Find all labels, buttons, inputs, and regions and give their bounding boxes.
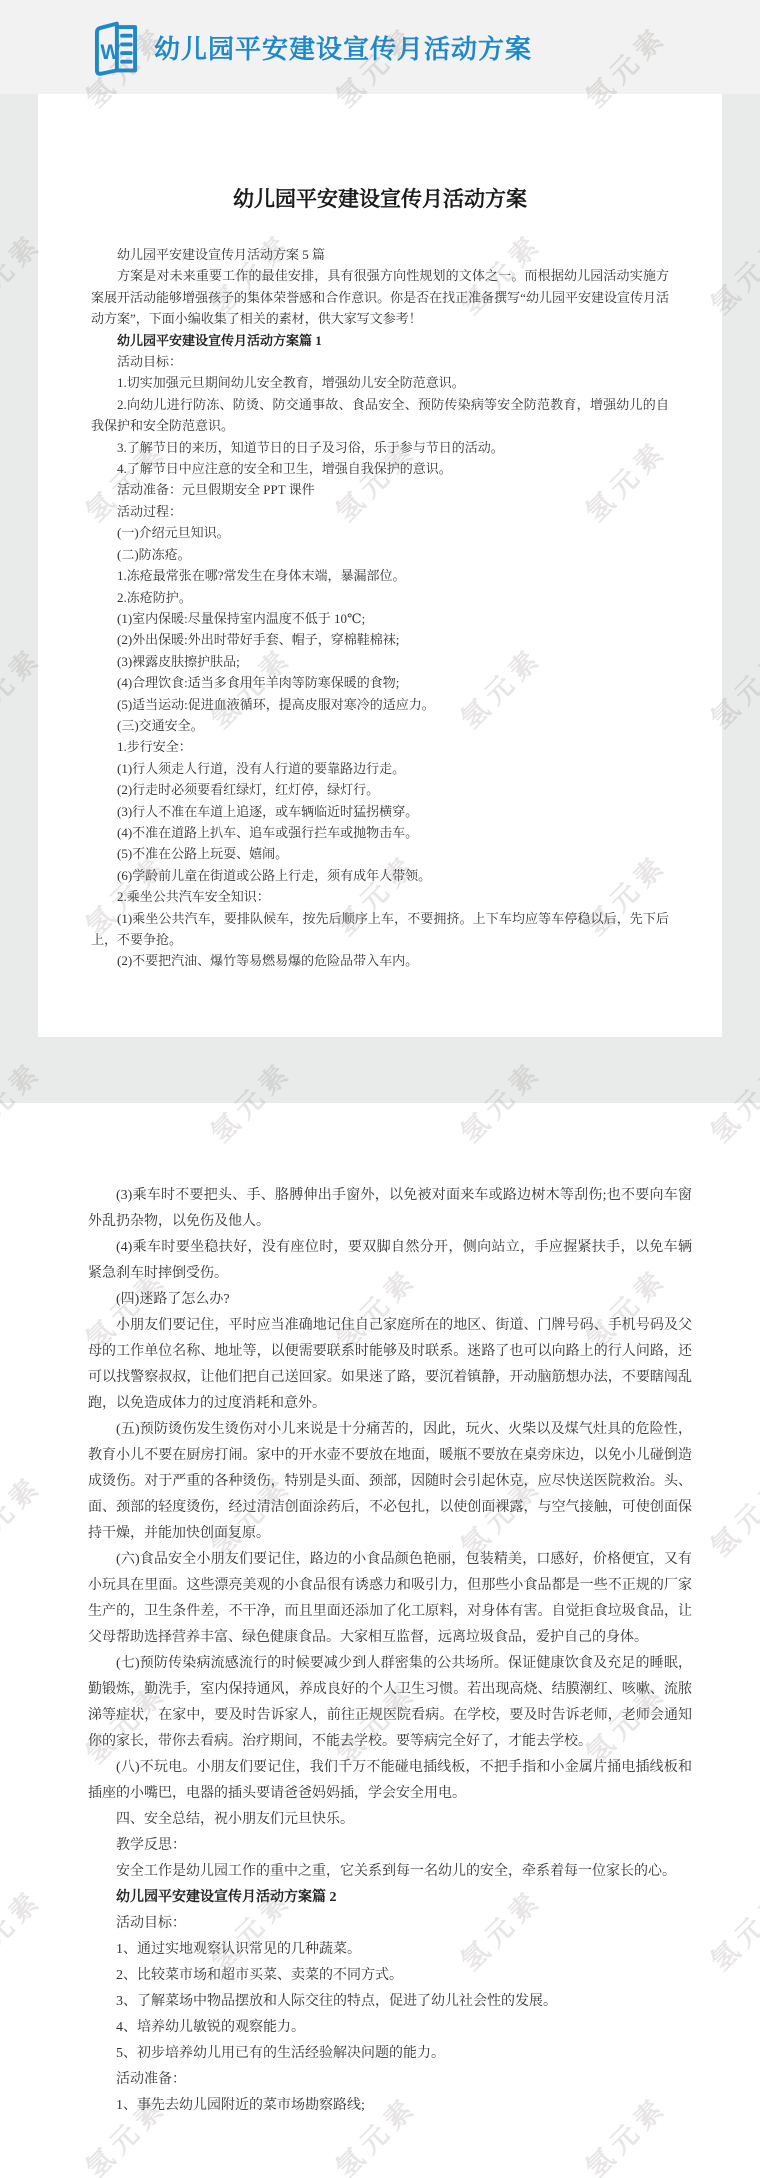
paragraph: 3、了解菜场中物品摆放和人际交往的特点，促进了幼儿社会性的发展。 [88,1989,692,2015]
paragraph: 2.乘坐公共汽车安全知识： [91,886,669,907]
paragraph: (3)行人不准在车道上追逐，或车辆临近时猛拐横穿。 [91,801,669,822]
paragraph: 4、培养幼儿敏锐的观察能力。 [88,2015,692,2041]
paragraph: 1、通过实地观察认识常见的几种蔬菜。 [88,1937,692,1963]
paragraph: (4)合理饮食:适当多食用年羊肉等防寒保暖的食物; [91,672,669,693]
document-page-1: 幼儿园平安建设宣传月活动方案 幼儿园平安建设宣传月活动方案 5 篇方案是对未来重… [38,94,722,1037]
paragraph: 活动目标： [88,1911,692,1937]
paragraph: (2)外出保暖:外出时带好手套、帽子，穿棉鞋棉袜; [91,629,669,650]
paragraph: 2、比较菜市场和超市买菜、卖菜的不同方式。 [88,1963,692,1989]
paragraph: (1)室内保暖:尽量保持室内温度不低于 10℃; [91,608,669,629]
paragraph: 活动过程： [91,501,669,522]
paragraph: (6)学龄前儿童在街道或公路上行走，须有成年人带领。 [91,865,669,886]
paragraph: 2.向幼儿进行防冻、防烫、防交通事故、食品安全、预防传染病等安全防范教育，增强幼… [91,394,669,437]
paragraph: 4.了解节日中应注意的安全和卫生，增强自我保护的意识。 [91,458,669,479]
paragraph: 1.步行安全： [91,736,669,757]
paragraph: (二)防冻疮。 [91,544,669,565]
site-title[interactable]: 幼儿园平安建设宣传月活动方案 [154,29,532,66]
paragraph: 3.了解节日的来历，知道节日的日子及习俗，乐于参与节日的活动。 [91,437,669,458]
paragraph: 四、安全总结，祝小朋友们元旦快乐。 [88,1807,692,1833]
document-body-page-2: (3)乘车时不要把头、手、胳膊伸出手窗外，以免被对面来车或路边树木等刮伤;也不要… [88,1183,692,2119]
screenshot-root: W 幼儿园平安建设宣传月活动方案 幼儿园平安建设宣传月活动方案 幼儿园平安建设宣… [0,0,760,2178]
paragraph: 活动准备： [88,2067,692,2093]
section-heading: 幼儿园平安建设宣传月活动方案篇 2 [88,1885,692,1911]
paragraph: 1.冻疮最常张在哪?常发生在身体末端，暴漏部位。 [91,565,669,586]
paragraph: 活动准备：元旦假期安全 PPT 课件 [91,479,669,500]
paragraph: 教学反思： [88,1833,692,1859]
paragraph: (3)乘车时不要把头、手、胳膊伸出手窗外，以免被对面来车或路边树木等刮伤;也不要… [88,1183,692,1235]
paragraph: (五)预防烫伤发生烫伤对小儿来说是十分痛苦的，因此，玩火、火柴以及煤气灶具的危险… [88,1417,692,1547]
paragraph: (七)预防传染病流感流行的时候要减少到人群密集的公共场所。保证健康饮食及充足的睡… [88,1651,692,1755]
paragraph: (4)不准在道路上扒车、追车或强行拦车或抛物击车。 [91,822,669,843]
paragraph: (2)行走时必须要看红绿灯，红灯停，绿灯行。 [91,779,669,800]
site-header: W 幼儿园平安建设宣传月活动方案 [0,0,760,94]
paragraph: 幼儿园平安建设宣传月活动方案 5 篇 [91,244,669,265]
paragraph: (1)乘坐公共汽车，要排队候车，按先后顺序上车，不要拥挤。上下车均应等车停稳以后… [91,908,669,951]
svg-text:W: W [100,41,120,64]
paragraph: 1.切实加强元旦期间幼儿安全教育，增强幼儿安全防范意识。 [91,372,669,393]
paragraph: (八)不玩电。小朋友们要记住，我们千万不能碰电插线板，不把手指和小金属片捅电插线… [88,1755,692,1807]
paragraph: 2.冻疮防护。 [91,587,669,608]
document-title: 幼儿园平安建设宣传月活动方案 [91,94,669,214]
paragraph: (四)迷路了怎么办? [88,1287,692,1313]
paragraph: (4)乘车时要坐稳扶好，没有座位时，要双脚自然分开，侧向站立，手应握紧扶手，以免… [88,1235,692,1287]
paragraph: (一)介绍元旦知识。 [91,522,669,543]
paragraph: (三)交通安全。 [91,715,669,736]
paragraph: 1、事先去幼儿园附近的菜市场勘察路线; [88,2093,692,2119]
document-body-page-1: 幼儿园平安建设宣传月活动方案 5 篇方案是对未来重要工作的最佳安排，具有很强方向… [91,244,669,972]
paragraph: 活动目标： [91,351,669,372]
paragraph: 小朋友们要记住，平时应当准确地记住自己家庭所在的地区、街道、门牌号码、手机号码及… [88,1313,692,1417]
paragraph: (六)食品安全小朋友们要记住，路边的小食品颜色艳丽，包装精美，口感好，价格便宜，… [88,1547,692,1651]
paragraph: (5)不准在公路上玩耍、嬉闹。 [91,843,669,864]
section-heading: 幼儿园平安建设宣传月活动方案篇 1 [91,330,669,351]
paragraph: (2)不要把汽油、爆竹等易燃易爆的危险品带入车内。 [91,950,669,971]
paragraph: 5、初步培养幼儿用已有的生活经验解决问题的能力。 [88,2041,692,2067]
paragraph: 方案是对未来重要工作的最佳安排，具有很强方向性规划的文体之一。而根据幼儿园活动实… [91,265,669,329]
paragraph: (3)裸露皮肤擦护肤品; [91,651,669,672]
document-page-2: (3)乘车时不要把头、手、胳膊伸出手窗外，以免被对面来车或路边树木等刮伤;也不要… [0,1103,760,2178]
paragraph: 安全工作是幼儿园工作的重中之重，它关系到每一名幼儿的安全，牵系着每一位家长的心。 [88,1859,692,1885]
word-document-icon[interactable]: W [90,17,142,77]
paragraph: (5)适当运动:促进血液循环，提高皮服对寒冷的适应力。 [91,694,669,715]
paragraph: (1)行人须走人行道，没有人行道的要靠路边行走。 [91,758,669,779]
